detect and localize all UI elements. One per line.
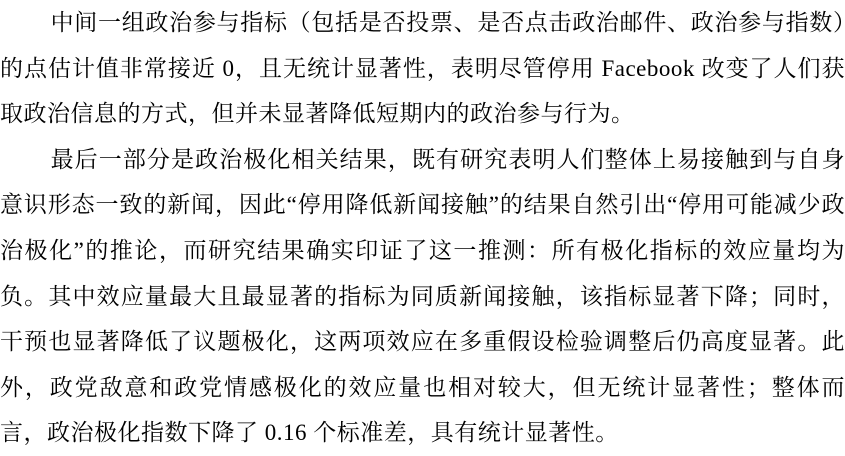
document-page: 中间一组政治参与指标（包括是否投票、是否点击政治邮件、政治参与指数）的点估计值非… <box>0 0 845 456</box>
paragraph-political-polarization: 最后一部分是政治极化相关结果，既有研究表明人们整体上易接触到与自身意识形态一致的… <box>0 137 845 456</box>
paragraph-political-participation: 中间一组政治参与指标（包括是否投票、是否点击政治邮件、政治参与指数）的点估计值非… <box>0 0 845 137</box>
